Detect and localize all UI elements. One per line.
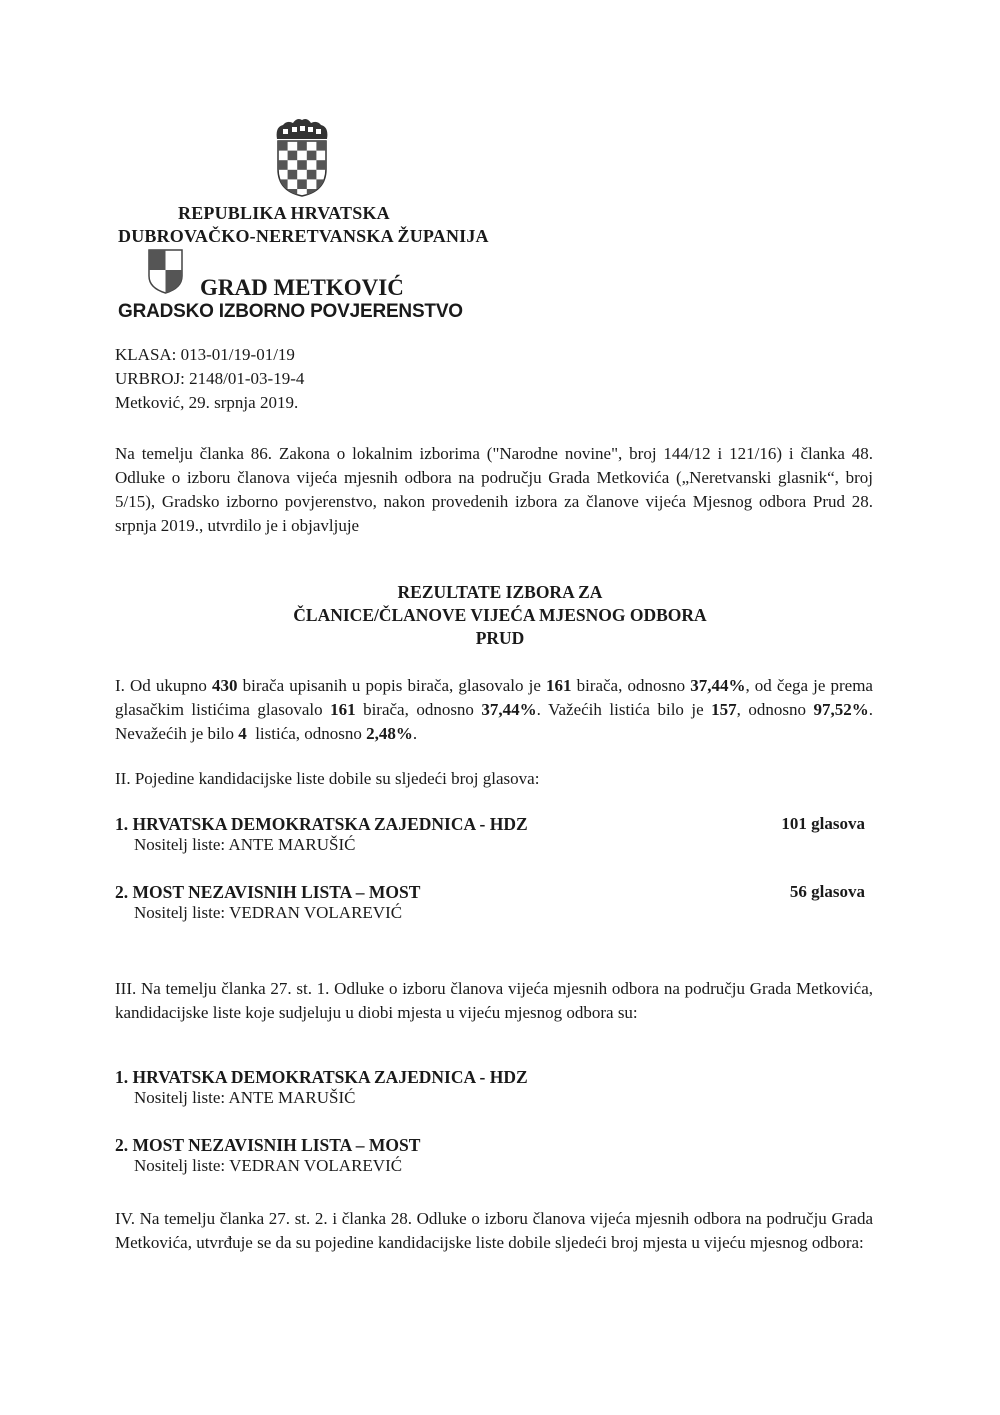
country-heading: REPUBLIKA HRVATSKA bbox=[178, 203, 390, 224]
list-holder: Nositelj liste: ANTE MARUŠIĆ bbox=[115, 1088, 865, 1108]
section-1-turnout: I. Od ukupno 430 birača upisanih u popis… bbox=[115, 674, 873, 746]
valid-ballots: 157 bbox=[711, 700, 737, 719]
county-heading: DUBROVAČKO-NERETVANSKA ŽUPANIJA bbox=[118, 226, 489, 247]
list-votes: 101 glasova bbox=[781, 814, 865, 834]
invalid-ballots: 4 bbox=[238, 724, 247, 743]
list-name: 1. HRVATSKA DEMOKRATSKA ZAJEDNICA - HDZ bbox=[115, 814, 865, 835]
place-date: Metković, 29. srpnja 2019. bbox=[115, 393, 298, 413]
section-4-paragraph: IV. Na temelju članka 27. st. 2. i člank… bbox=[115, 1207, 873, 1255]
list-name: 2. MOST NEZAVISNIH LISTA – MOST bbox=[115, 1135, 865, 1156]
seat-list-item: 2. MOST NEZAVISNIH LISTA – MOST Nositelj… bbox=[115, 1135, 865, 1176]
ballots-count: 161 bbox=[330, 700, 356, 719]
list-holder: Nositelj liste: ANTE MARUŠIĆ bbox=[115, 835, 865, 855]
urbroj: URBROJ: 2148/01-03-19-4 bbox=[115, 369, 304, 389]
document-title-line-3: PRUD bbox=[0, 628, 1000, 649]
section-2-intro: II. Pojedine kandidacijske liste dobile … bbox=[115, 769, 539, 789]
intro-paragraph: Na temelju članka 86. Zakona o lokalnim … bbox=[115, 442, 873, 538]
document-title-line-2: ČLANICE/ČLANOVE VIJEĆA MJESNOG ODBORA bbox=[0, 605, 1000, 626]
ballots-percent: 37,44% bbox=[481, 700, 536, 719]
vote-list-item: 1. HRVATSKA DEMOKRATSKA ZAJEDNICA - HDZ … bbox=[115, 814, 865, 855]
list-votes: 56 glasova bbox=[790, 882, 865, 902]
section-3-paragraph: III. Na temelju članka 27. st. 1. Odluke… bbox=[115, 977, 873, 1025]
turnout-percent: 37,44% bbox=[690, 676, 745, 695]
metkovic-city-shield-icon bbox=[147, 248, 184, 294]
registered-voters: 430 bbox=[212, 676, 238, 695]
list-name: 1. HRVATSKA DEMOKRATSKA ZAJEDNICA - HDZ bbox=[115, 1067, 865, 1088]
seat-list-item: 1. HRVATSKA DEMOKRATSKA ZAJEDNICA - HDZ … bbox=[115, 1067, 865, 1108]
commission-heading: GRADSKO IZBORNO POVJERENSTVO bbox=[118, 301, 463, 323]
list-holder: Nositelj liste: VEDRAN VOLAREVIĆ bbox=[115, 903, 865, 923]
document-title-line-1: REZULTATE IZBORA ZA bbox=[0, 582, 1000, 603]
klasa: KLASA: 013-01/19-01/19 bbox=[115, 345, 295, 365]
list-name: 2. MOST NEZAVISNIH LISTA – MOST bbox=[115, 882, 865, 903]
croatian-coat-of-arms-icon bbox=[273, 117, 331, 197]
city-heading: GRAD METKOVIĆ bbox=[200, 275, 404, 301]
vote-list-item: 2. MOST NEZAVISNIH LISTA – MOST Nositelj… bbox=[115, 882, 865, 923]
valid-percent: 97,52% bbox=[814, 700, 869, 719]
voted-count: 161 bbox=[546, 676, 572, 695]
invalid-percent: 2,48% bbox=[366, 724, 413, 743]
list-holder: Nositelj liste: VEDRAN VOLAREVIĆ bbox=[115, 1156, 865, 1176]
